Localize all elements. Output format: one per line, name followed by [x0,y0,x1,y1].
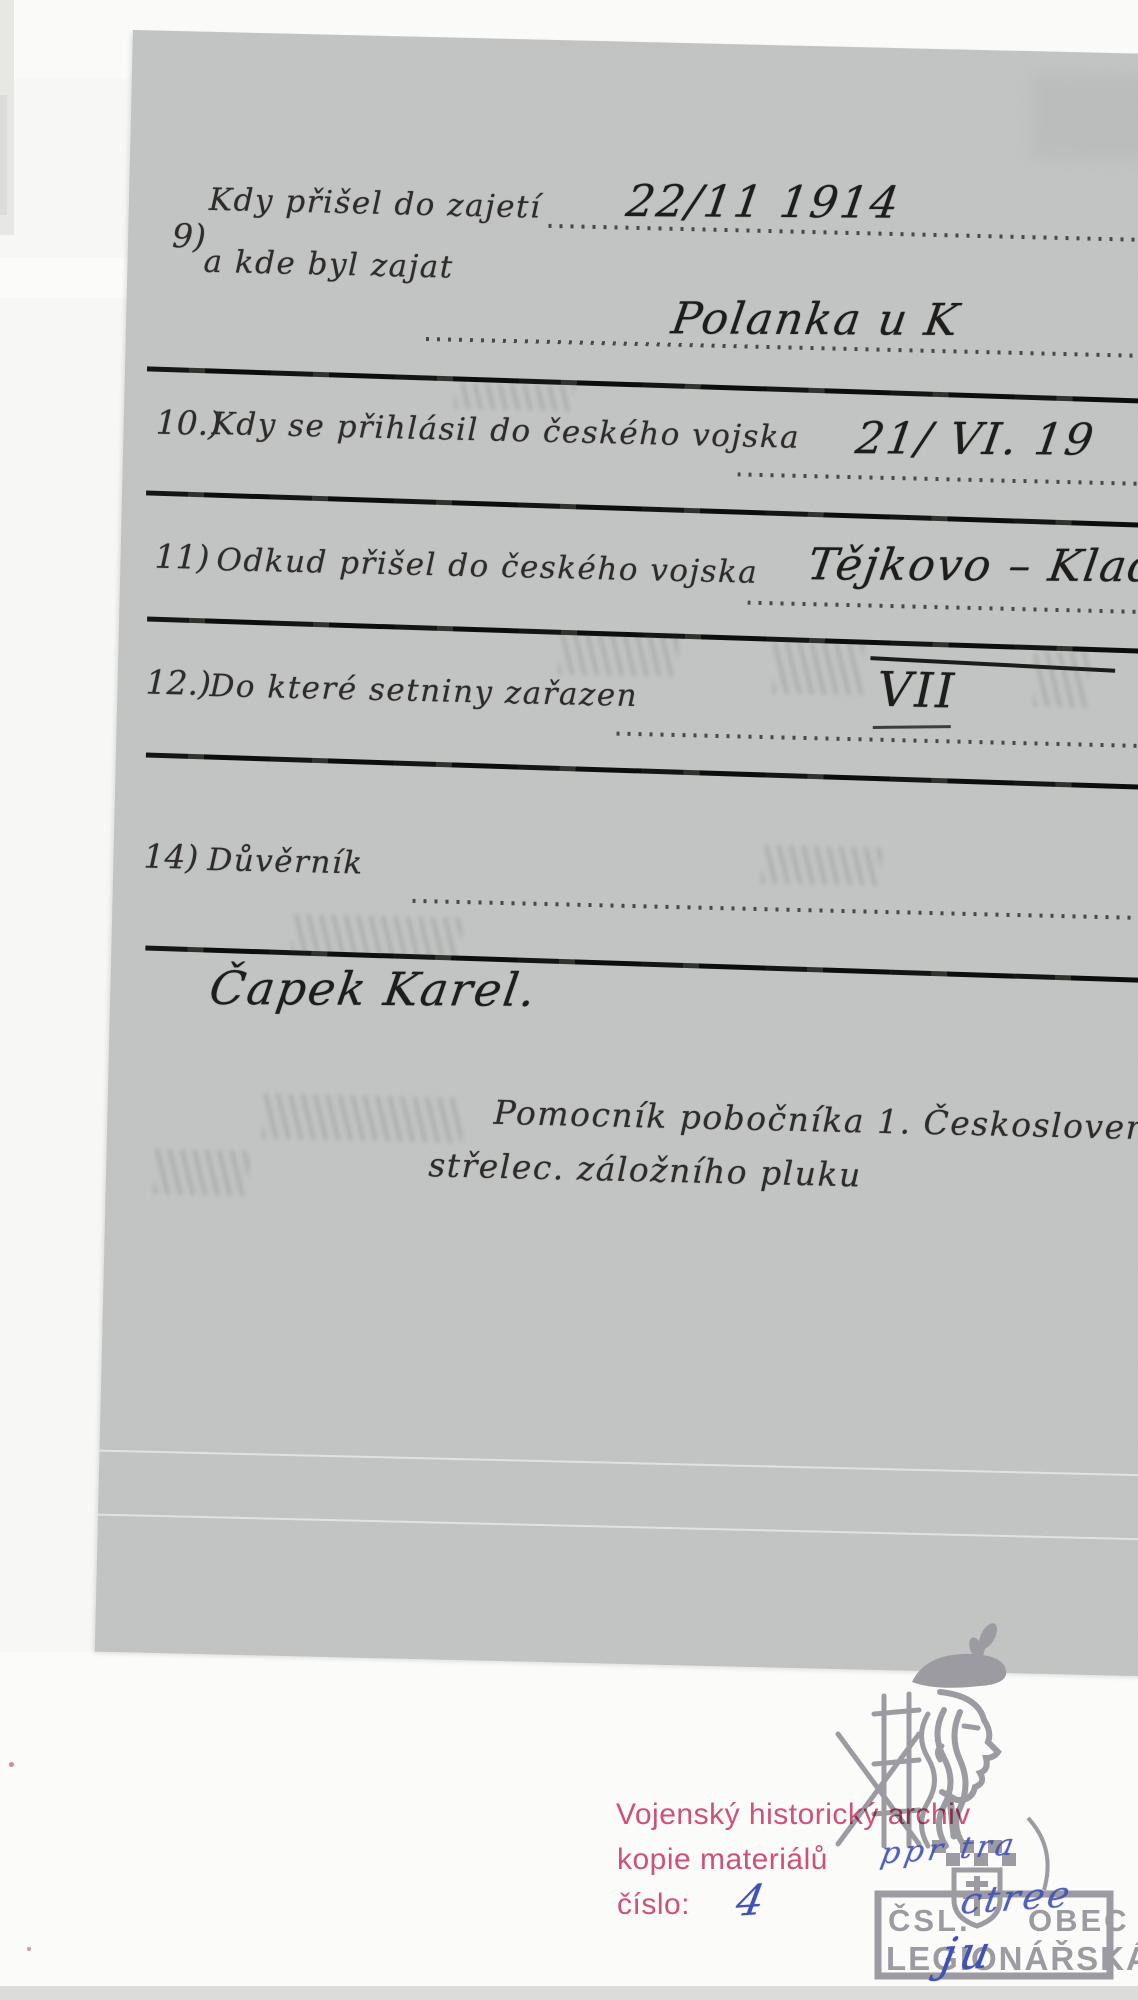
field-number: 14) [143,836,199,876]
scan-scratch [98,1514,1138,1541]
field-label: Kdy přišel do zajetí [209,182,542,226]
field-number: 9) [172,216,207,256]
handwritten-blue-signature: ju [937,1924,999,1981]
ink-bleed-smudge [1033,651,1089,707]
dotted-answer-line [617,732,1138,749]
archive-stamp-line1: Vojenský historický archiv [616,1798,971,1832]
field-label: a kde byl zajat [203,244,454,286]
archive-stamp-line3: číslo: [617,1888,690,1922]
ink-bleed-smudge [454,383,575,412]
handwritten-answer: Tějkovo – Kladi [804,539,1138,592]
handwritten-answer: 22/11 1914 [623,176,904,229]
handwritten-answer: 21/ VI. 19 [853,413,1099,465]
ink-speck [27,1947,31,1951]
unit-note-line1: Pomocník pobočníka 1. Československého [493,1093,1138,1150]
field-label: Kdy se přihlásil do českého vojska [211,406,800,456]
ink-bleed-smudge [761,845,882,886]
ink-speck [9,1762,14,1767]
paper-sheet: 9) Kdy přišel do zajetí 22/11 1914 a kde… [95,30,1138,1677]
ink-bleed-smudge [262,1093,463,1143]
ink-bleed-smudge [773,641,864,695]
archive-stamp-line2: kopie materiálů [617,1843,828,1877]
field-label: Do které setniny zařazen [209,668,638,714]
logo-text-legionarska: LEGIONÁŘSKÁ [886,1940,1138,1978]
scan-edge-artifact [0,95,7,215]
dotted-answer-line [738,472,1138,486]
scanned-document-page: 9) Kdy přišel do zajetí 22/11 1914 a kde… [0,0,1138,2000]
ink-bleed-smudge [558,632,679,677]
field-number: 11) [154,537,210,577]
unit-note-line2: střelec. záložního pluku [428,1145,862,1194]
scan-scratch [99,1450,1138,1477]
dotted-answer-line [413,899,1138,921]
dotted-answer-line [748,601,1138,615]
divider-rule [146,490,1138,528]
ink-bleed-smudge [154,1149,250,1196]
signature-handwritten: Čapek Karel. [206,961,541,1017]
scan-shadow [1030,73,1138,162]
handwritten-answer: Polanka u K [668,293,963,346]
field-number: 12.) [145,662,211,703]
scanner-edge-shadow [0,1986,1138,2000]
field-label: Odkud přišel do českého vojska [216,542,759,591]
handwritten-blue-note: ctree [958,1874,1076,1923]
handwritten-answer: VII [877,662,957,720]
field-label: Důvěrník [207,842,364,882]
divider-rule [147,366,1138,404]
divider-rule [146,753,1138,791]
ink-bleed-smudge [291,914,462,958]
